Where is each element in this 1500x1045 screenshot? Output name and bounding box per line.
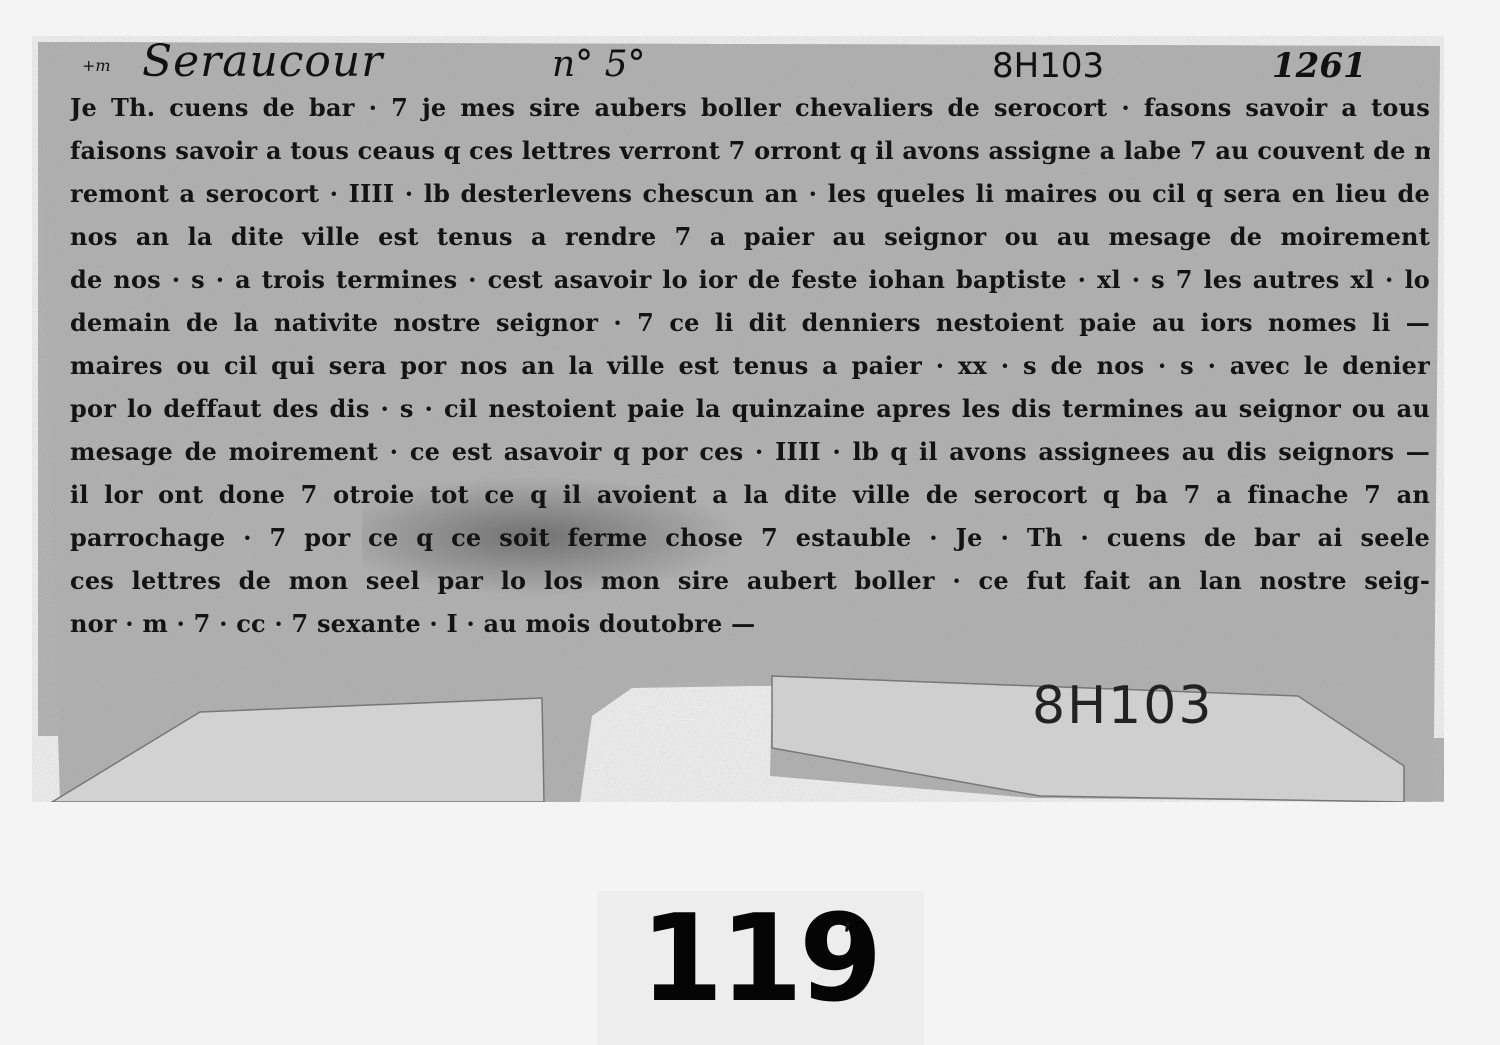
- text-line: mesage de moirement · ce est asavoir q p…: [70, 430, 1430, 473]
- fold-shelfmark: 8H103: [1032, 676, 1213, 736]
- text-line: nor · m · 7 · cc · 7 sexante · I · au mo…: [70, 602, 1430, 645]
- header-place-name: Seraucour: [142, 36, 383, 87]
- text-line: nos an la dite ville est tenus a rendre …: [70, 215, 1430, 258]
- text-line: remont a serocort · IIII · lb desterleve…: [70, 172, 1430, 215]
- charter-header: +m Seraucour n° 5° 8H103 1261: [82, 42, 1414, 92]
- text-line: de nos · s · a trois termines · cest asa…: [70, 258, 1430, 301]
- text-line: por lo deffaut des dis · s · cil nestoie…: [70, 387, 1430, 430]
- text-line: parrochage · 7 por ce q ce soit ferme ch…: [70, 516, 1430, 559]
- header-shelfmark: 8H103: [992, 46, 1104, 86]
- text-line: il lor ont done 7 otroie tot ce q il avo…: [70, 473, 1430, 516]
- header-mark: +m: [82, 56, 111, 75]
- archive-label-tick: ʹ: [842, 918, 853, 964]
- charter-parchment: +m Seraucour n° 5° 8H103 1261 Je Th. cue…: [32, 36, 1444, 802]
- text-line: Je Th. cuens de bar · 7 je mes sire aube…: [70, 86, 1430, 129]
- charter-text: Je Th. cuens de bar · 7 je mes sire aube…: [70, 86, 1430, 645]
- text-line: maires ou cil qui sera por nos an la vil…: [70, 344, 1430, 387]
- header-year: 1261: [1272, 46, 1367, 86]
- text-line: demain de la nativite nostre seignor · 7…: [70, 301, 1430, 344]
- text-line: ces lettres de mon seel par lo los mon s…: [70, 559, 1430, 602]
- header-item-number: n° 5°: [552, 44, 646, 85]
- text-line: faisons savoir a tous ceaus q ces lettre…: [70, 129, 1430, 172]
